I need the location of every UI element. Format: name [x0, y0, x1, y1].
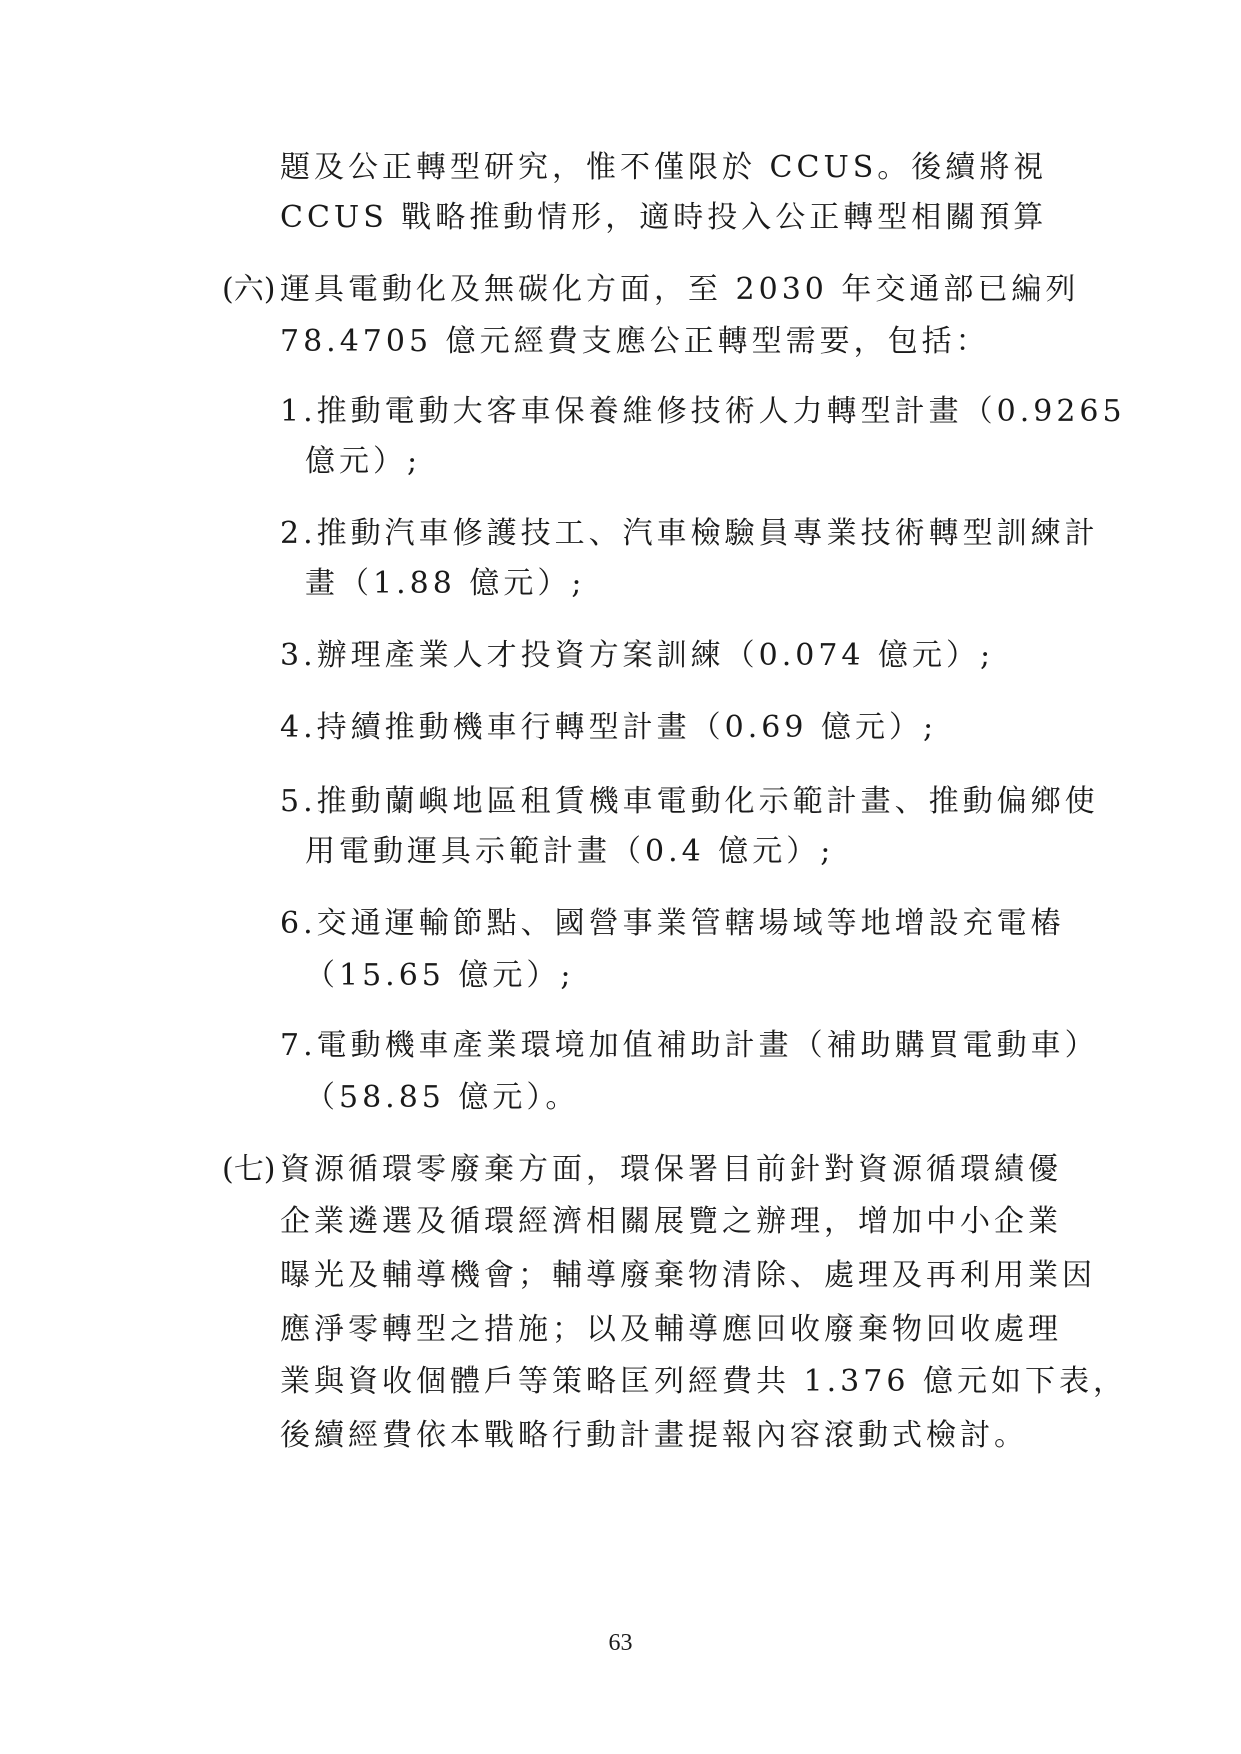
list-item-text: 1.推動電動大客車保養維修技術人力轉型計畫（0.9265 — [280, 392, 1126, 432]
text-line: 曝光及輔導機會；輔導廢棄物清除、處理及再利用業因 — [280, 1256, 1096, 1296]
list-item-text: 5.推動蘭嶼地區租賃機車電動化示範計畫、推動偏鄉使 — [280, 782, 1099, 822]
text-line: 78.4705 億元經費支應公正轉型需要，包括： — [280, 322, 990, 362]
list-item-text: 用電動運具示範計畫（0.4 億元）; — [305, 832, 834, 872]
list-item-text: （15.65 億元）; — [305, 956, 575, 996]
list-item-text: 億元）; — [305, 442, 421, 482]
text-line: 資源循環零廢棄方面，環保署目前針對資源循環績優 — [280, 1150, 1062, 1190]
list-item-text: 2.推動汽車修護技工、汽車檢驗員專業技術轉型訓練計 — [280, 514, 1099, 554]
list-item-text: （58.85 億元）。 — [305, 1078, 579, 1118]
list-item-text: 畫（1.88 億元）; — [305, 564, 585, 604]
text-line: 企業遴選及循環經濟相關展覽之辦理，增加中小企業 — [280, 1202, 1062, 1242]
text-line: 應淨零轉型之措施；以及輔導應回收廢棄物回收處理 — [280, 1310, 1062, 1350]
list-item-text: 7.電動機車產業環境加值補助計畫（補助購買電動車） — [280, 1026, 1099, 1066]
section-marker: (七) — [222, 1150, 275, 1190]
text-line: 運具電動化及無碳化方面，至 2030 年交通部已編列 — [280, 270, 1079, 310]
text-line: 業與資收個體戶等策略匡列經費共 1.376 億元如下表， — [280, 1362, 1127, 1402]
section-marker: (六) — [222, 270, 275, 310]
list-item-text: 3.辦理產業人才投資方案訓練（0.074 億元）; — [280, 636, 994, 676]
list-item-text: 6.交通運輸節點、國營事業管轄場域等地增設充電樁 — [280, 904, 1065, 944]
text-line: 後續經費依本戰略行動計畫提報內容滾動式檢討。 — [280, 1416, 1028, 1456]
text-line: 題及公正轉型研究，惟不僅限於 CCUS。後續將視 — [280, 148, 1047, 188]
text-line: CCUS 戰略推動情形，適時投入公正轉型相關預算 — [280, 198, 1047, 238]
list-item-text: 4.持續推動機車行轉型計畫（0.69 億元）; — [280, 708, 937, 748]
page-number: 63 — [0, 1628, 1241, 1658]
